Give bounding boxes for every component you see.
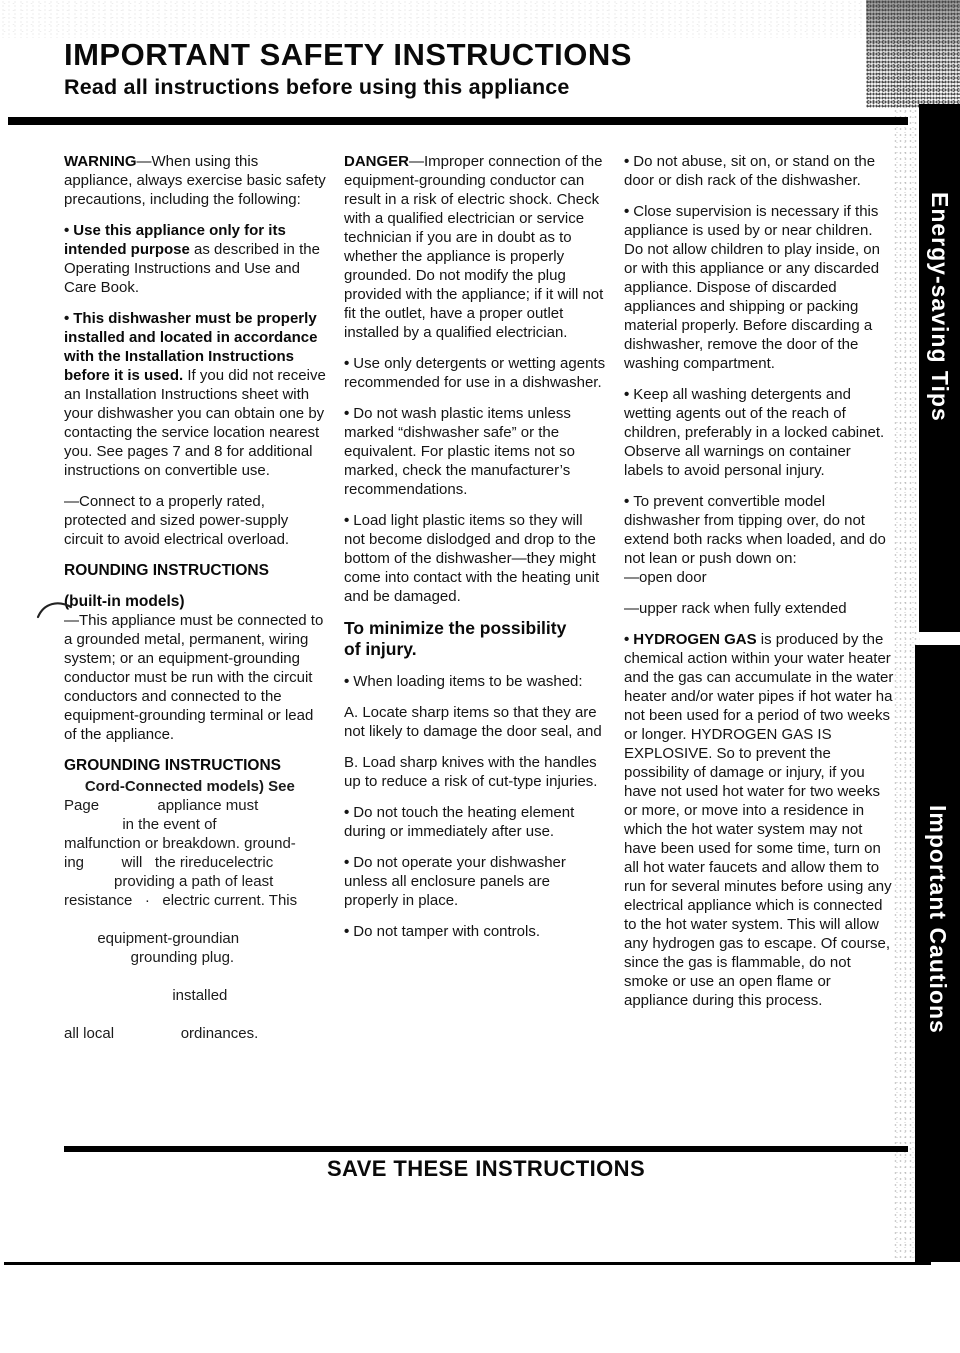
bullet-marker: • (64, 310, 69, 327)
save-instructions-title: SAVE THESE INSTRUCTIONS (64, 1156, 908, 1182)
bullet-text: Close supervision is necessary if this a… (624, 203, 880, 372)
grounding-cord-fragment-block: Cord-Connected models) See Page applianc… (64, 777, 327, 1043)
bullet-item: •Use this appliance only for its intende… (64, 221, 327, 297)
bullet-text: Do not abuse, sit on, or stand on the do… (624, 153, 875, 189)
column-right: •Do not abuse, sit on, or stand on the d… (624, 152, 894, 1022)
dash-item-open-door: —open door (624, 568, 894, 587)
bullet-text: Use only detergents or wetting agents re… (344, 355, 605, 391)
bullet-text: Do not tamper with controls. (353, 923, 540, 940)
bullet-item: •Do not tamper with controls. (344, 922, 607, 941)
pen-mark (36, 598, 74, 620)
hydrogen-gas-text: is produced by the chemical action withi… (624, 631, 893, 1009)
grounding-builtin-subheading: (built-in models) (64, 592, 327, 611)
tab-energy-saving-tips: Energy-saving Tips (919, 104, 960, 632)
bullet-item: •This dishwasher must be properly instal… (64, 309, 327, 480)
bullet-marker: • (344, 923, 349, 940)
hydrogen-gas-paragraph: •HYDROGEN GAS is produced by the chemica… (624, 630, 894, 1010)
fragment-line: ing will the rireducelectric (64, 853, 327, 872)
header-rule (8, 117, 908, 125)
bullet-marker: • (344, 405, 349, 422)
fragment-line: in the event of (64, 815, 327, 834)
grounding-builtin-heading: ROUNDING INSTRUCTIONS (64, 561, 327, 580)
bullet-marker: • (344, 512, 349, 529)
bullet-marker: • (344, 854, 349, 871)
column-middle: DANGER—Improper connection of the equipm… (344, 152, 607, 953)
bullet-text: When loading items to be washed: (353, 673, 582, 690)
minimize-injury-heading-line1: To minimize the possibility (344, 618, 607, 639)
danger-label: DANGER (344, 153, 409, 170)
warning-paragraph: WARNING—When using this appliance, alway… (64, 152, 327, 209)
bullet-text: Do not operate your dishwasher unless al… (344, 854, 566, 909)
bullet-item: •Do not touch the heating element during… (344, 803, 607, 841)
fragment-line: providing a path of least (64, 872, 327, 891)
bullet-marker: • (624, 386, 629, 403)
tab-important-cautions-label: Important Cautions (924, 805, 951, 1034)
fragment-line: all local ordinances. (64, 1024, 327, 1043)
bullet-item: •Do not operate your dishwasher unless a… (344, 853, 607, 910)
bullet-item: •When loading items to be washed: (344, 672, 607, 691)
grounding-cord-heading: GROUNDING INSTRUCTIONS (64, 756, 327, 775)
fragment-line: installed (64, 986, 327, 1005)
bullet-item: •Load light plastic items so they will n… (344, 511, 607, 606)
fragment-line: grounding plug. (64, 948, 327, 967)
bullet-item: •Close supervision is necessary if this … (624, 202, 894, 373)
bullet-marker: • (624, 631, 629, 648)
sub-item-a: A. Locate sharp items so that they are n… (344, 703, 607, 741)
warning-label: WARNING (64, 153, 137, 170)
bullet-marker: • (344, 355, 349, 372)
fragment-line (64, 967, 327, 986)
fragment-line (64, 1005, 327, 1024)
page-subtitle: Read all instructions before using this … (64, 75, 884, 99)
connect-paragraph: —Connect to a properly rated, protected … (64, 492, 327, 549)
tab-important-cautions: Important Cautions (915, 645, 960, 1262)
bullet-item: •To prevent convertible model dishwasher… (624, 492, 894, 568)
bullet-item: •Use only detergents or wetting agents r… (344, 354, 607, 392)
page-title: IMPORTANT SAFETY INSTRUCTIONS (64, 38, 884, 72)
bullet-item: •Do not wash plastic items unless marked… (344, 404, 607, 499)
bottom-rule (4, 1262, 931, 1265)
bullet-text: Load light plastic items so they will no… (344, 512, 599, 605)
bullet-text: Keep all washing detergents and wetting … (624, 386, 884, 479)
fragment-line (64, 910, 327, 929)
bullet-text: To prevent convertible model dishwasher … (624, 493, 886, 567)
bullet-marker: • (624, 203, 629, 220)
danger-paragraph: DANGER—Improper connection of the equipm… (344, 152, 607, 342)
hydrogen-gas-label: HYDROGEN GAS (633, 631, 756, 648)
bullet-item: •Do not abuse, sit on, or stand on the d… (624, 152, 894, 190)
bullet-item: •Keep all washing detergents and wetting… (624, 385, 894, 480)
bullet-marker: • (624, 493, 629, 510)
tab-energy-saving-tips-label: Energy-saving Tips (926, 192, 953, 422)
fragment-line: malfunction or breakdown. ground- (64, 834, 327, 853)
sub-item-b: B. Load sharp knives with the handles up… (344, 753, 607, 791)
fragment-line: Page appliance must (64, 796, 327, 815)
page-header: IMPORTANT SAFETY INSTRUCTIONS Read all i… (64, 38, 884, 99)
fragment-line: equipment-groundian (64, 929, 327, 948)
bullet-text: Do not wash plastic items unless marked … (344, 405, 575, 498)
danger-text: —Improper connection of the equipment-gr… (344, 153, 603, 341)
bullet-marker: • (344, 673, 349, 690)
bullet-marker: • (344, 804, 349, 821)
column-left: WARNING—When using this appliance, alway… (64, 152, 327, 1043)
bullet-text: Do not touch the heating element during … (344, 804, 574, 840)
fragment-line: Cord-Connected models) See (64, 777, 327, 796)
footer-rule (64, 1146, 908, 1152)
dash-item-upper-rack: —upper rack when fully extended (624, 599, 894, 618)
scanned-manual-page: IMPORTANT SAFETY INSTRUCTIONS Read all i… (0, 0, 960, 1353)
bullet-marker: • (624, 153, 629, 170)
grounding-builtin-text: —This appliance must be connected to a g… (64, 611, 327, 744)
bullet-marker: • (64, 222, 69, 239)
minimize-injury-heading-line2: of injury. (344, 639, 607, 660)
scan-noise-top (0, 0, 960, 38)
fragment-line: resistance · electric current. This (64, 891, 327, 910)
